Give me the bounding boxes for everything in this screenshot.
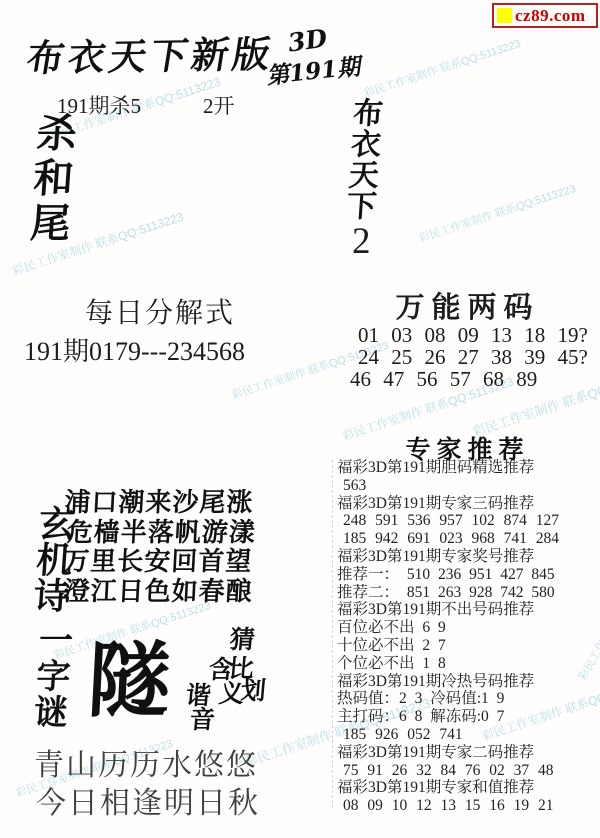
kill-sum-tail-label: 杀和尾	[17, 112, 83, 247]
expert-line: 福彩3D第191期专家三码推荐	[337, 495, 599, 513]
daily-decomposition-title: 每日分解式	[0, 291, 320, 331]
expert-line: 福彩3D第191期专家二码推荐	[337, 744, 599, 762]
one-char-riddle-label: 一字谜	[22, 622, 79, 730]
issue-number: 第191期	[265, 48, 362, 91]
two-codes-row: 24 25 26 27 38 39 45?	[350, 346, 588, 368]
expert-line: 福彩3D第191期冷热号码推荐	[337, 673, 599, 691]
expert-line: 主打码：6 8 解冻码:0 7	[337, 708, 599, 726]
bottom-poem-line: 今日相逢明日秋	[36, 778, 260, 822]
riddle-hint-char: 义	[217, 674, 245, 710]
expert-line: 福彩3D第191期不出号码推荐	[337, 601, 599, 619]
expert-line: 福彩3D第191期专家奖号推荐	[337, 548, 599, 566]
expert-line: 推荐一： 510 236 951 427 845	[337, 566, 599, 584]
expert-line: 十位必不出 2 7	[337, 637, 599, 655]
logo-site-name: cz89.com	[515, 6, 586, 26]
riddle-hint-char: 音	[188, 700, 216, 736]
expert-line: 百位必不出 6 9	[337, 619, 599, 637]
brand-logo[interactable]: cz89.com	[492, 3, 598, 28]
mystery-poem-line: 浦口潮来沙尾涨	[64, 489, 259, 519]
expert-line: 185 926 052 741	[337, 726, 599, 744]
brand-vertical-label: 布衣天下	[335, 97, 388, 221]
universal-two-codes-grid: 01 03 08 09 13 18 19? 24 25 26 27 38 39 …	[350, 324, 588, 390]
daily-decomposition-formula: 191期0179---234568	[24, 331, 245, 368]
column-divider	[332, 460, 333, 808]
expert-line: 个位必不出 1 8	[337, 655, 599, 673]
expert-line: 185 942 691 023 968 741 284	[337, 530, 599, 548]
expert-line: 推荐二： 851 263 928 742 580	[337, 584, 599, 602]
mystery-poem-line: 万里长安回首望	[60, 548, 255, 578]
mystery-poem-line: 危樯半落帆游漾	[62, 519, 257, 549]
two-codes-row: 46 47 56 57 68 89	[350, 368, 588, 390]
expert-line: 248 591 536 957 102 874 127	[337, 512, 599, 530]
lottery-sheet-page: 彩民工作室制作 联系QQ:5113223 彩民工作室制作 联系QQ:511322…	[0, 0, 600, 838]
expert-recommendation-list: 福彩3D第191期胆码精选推荐 563 福彩3D第191期专家三码推荐 248 …	[337, 459, 599, 815]
mystery-poem-line: 澄江日色如春酿	[59, 578, 254, 608]
expert-line: 08 09 10 12 13 15 16 19 21	[337, 797, 599, 815]
page-title: 布衣天下新版	[23, 24, 278, 82]
expert-line: 福彩3D第191期专家和值推荐	[337, 779, 599, 797]
expert-line: 热码值：2 3 冷码值:1 9	[337, 690, 599, 708]
expert-line: 福彩3D第191期胆码精选推荐	[337, 459, 599, 477]
watermark: 彩民工作室制作 联系QQ:5113223	[362, 35, 523, 101]
mystery-poem: 浦口潮来沙尾涨 危樯半落帆游漾 万里长安回首望 澄江日色如春酿	[59, 489, 258, 607]
logo-yellow-square-icon	[497, 8, 512, 23]
brand-number: 2	[352, 220, 371, 263]
expert-line: 563	[337, 477, 599, 495]
open-count-text: 2开	[203, 90, 235, 120]
watermark: 彩民工作室制作 联系QQ:5113223	[417, 180, 578, 246]
two-codes-row: 01 03 08 09 13 18 19?	[350, 324, 588, 346]
universal-two-codes-title: 万能两码	[335, 285, 600, 326]
expert-line: 75 91 26 32 84 76 02 37 48	[337, 762, 599, 780]
riddle-character: 隧	[86, 640, 172, 722]
